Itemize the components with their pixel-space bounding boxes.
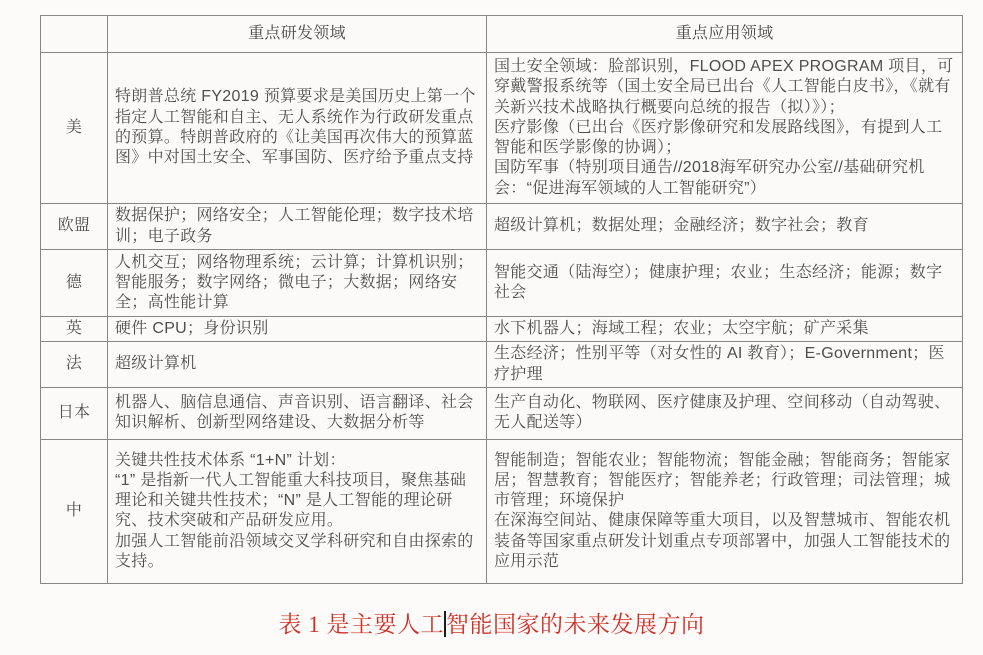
cell-us-rd[interactable]: 特朗普总统 FY2019 预算要求是美国历史上第一个指定人工智能和自主、无人系统… <box>108 53 487 204</box>
cell-uk-country[interactable]: 英 <box>41 317 108 342</box>
ai-countries-table: 重点研发领域 重点应用领域 美 特朗普总统 FY2019 预算要求是美国历史上第… <box>40 15 963 584</box>
cell-us-country[interactable]: 美 <box>41 53 108 204</box>
cell-eu-rd[interactable]: 数据保护；网络安全；人工智能伦理；数字技术培训；电子政务 <box>108 204 487 250</box>
cell-jp-country[interactable]: 日本 <box>41 387 108 439</box>
cell-cn-rd[interactable]: 关键共性技术体系 “1+N” 计划： “1” 是指新一代人工智能重大科技项目，聚… <box>108 439 487 583</box>
cell-fr-rd[interactable]: 超级计算机 <box>108 342 487 388</box>
document-page: 重点研发领域 重点应用领域 美 特朗普总统 FY2019 预算要求是美国历史上第… <box>0 0 983 655</box>
header-country-cell[interactable] <box>41 16 108 53</box>
caption-text-before-cursor: 表 1 是主要人工 <box>279 612 445 637</box>
table-row-japan: 日本 机器人、脑信息通信、声音识别、语言翻译、社会知识解析、创新型网络建设、大数… <box>41 387 963 439</box>
table-row-germany: 德 人机交互；网络物理系统；云计算；计算机识别；智能服务；数字网络；微电子；大数… <box>41 250 963 317</box>
table-caption[interactable]: 表 1 是主要人工智能国家的未来发展方向 <box>0 606 983 639</box>
table-row-us: 美 特朗普总统 FY2019 预算要求是美国历史上第一个指定人工智能和自主、无人… <box>41 53 963 204</box>
cell-fr-country[interactable]: 法 <box>41 342 108 388</box>
cell-us-app[interactable]: 国土安全领域：脸部识别，FLOOD APEX PROGRAM 项目，可穿戴警报系… <box>487 53 963 204</box>
table-row-uk: 英 硬件 CPU；身份识别 水下机器人；海域工程；农业；太空宇航；矿产采集 <box>41 317 963 342</box>
header-app-cell[interactable]: 重点应用领域 <box>487 16 963 53</box>
cell-cn-app[interactable]: 智能制造；智能农业；智能物流；智能金融；智能商务；智能家居；智慧教育；智能医疗；… <box>487 439 963 583</box>
table-row-france: 法 超级计算机 生态经济；性别平等（对女性的 AI 教育）；E-Governme… <box>41 342 963 388</box>
table-header-row: 重点研发领域 重点应用领域 <box>41 16 963 53</box>
cell-fr-app[interactable]: 生态经济；性别平等（对女性的 AI 教育）；E-Government；医疗护理 <box>487 342 963 388</box>
cell-uk-app[interactable]: 水下机器人；海域工程；农业；太空宇航；矿产采集 <box>487 317 963 342</box>
cell-jp-app[interactable]: 生产自动化、物联网、医疗健康及护理、空间移动（自动驾驶、无人配送等） <box>487 387 963 439</box>
cell-de-rd[interactable]: 人机交互；网络物理系统；云计算；计算机识别；智能服务；数字网络；微电子；大数据；… <box>108 250 487 317</box>
table-row-china: 中 关键共性技术体系 “1+N” 计划： “1” 是指新一代人工智能重大科技项目… <box>41 439 963 583</box>
cell-eu-app[interactable]: 超级计算机；数据处理；金融经济；数字社会；教育 <box>487 204 963 250</box>
cell-de-app[interactable]: 智能交通（陆海空）；健康护理；农业；生态经济；能源；数字社会 <box>487 250 963 317</box>
table-row-eu: 欧盟 数据保护；网络安全；人工智能伦理；数字技术培训；电子政务 超级计算机；数据… <box>41 204 963 250</box>
cell-eu-country[interactable]: 欧盟 <box>41 204 108 250</box>
header-rd-cell[interactable]: 重点研发领域 <box>108 16 487 53</box>
caption-text-after-cursor: 智能国家的未来发展方向 <box>446 612 705 637</box>
cell-jp-rd[interactable]: 机器人、脑信息通信、声音识别、语言翻译、社会知识解析、创新型网络建设、大数据分析… <box>108 387 487 439</box>
cell-uk-rd[interactable]: 硬件 CPU；身份识别 <box>108 317 487 342</box>
cell-de-country[interactable]: 德 <box>41 250 108 317</box>
cell-cn-country[interactable]: 中 <box>41 439 108 583</box>
